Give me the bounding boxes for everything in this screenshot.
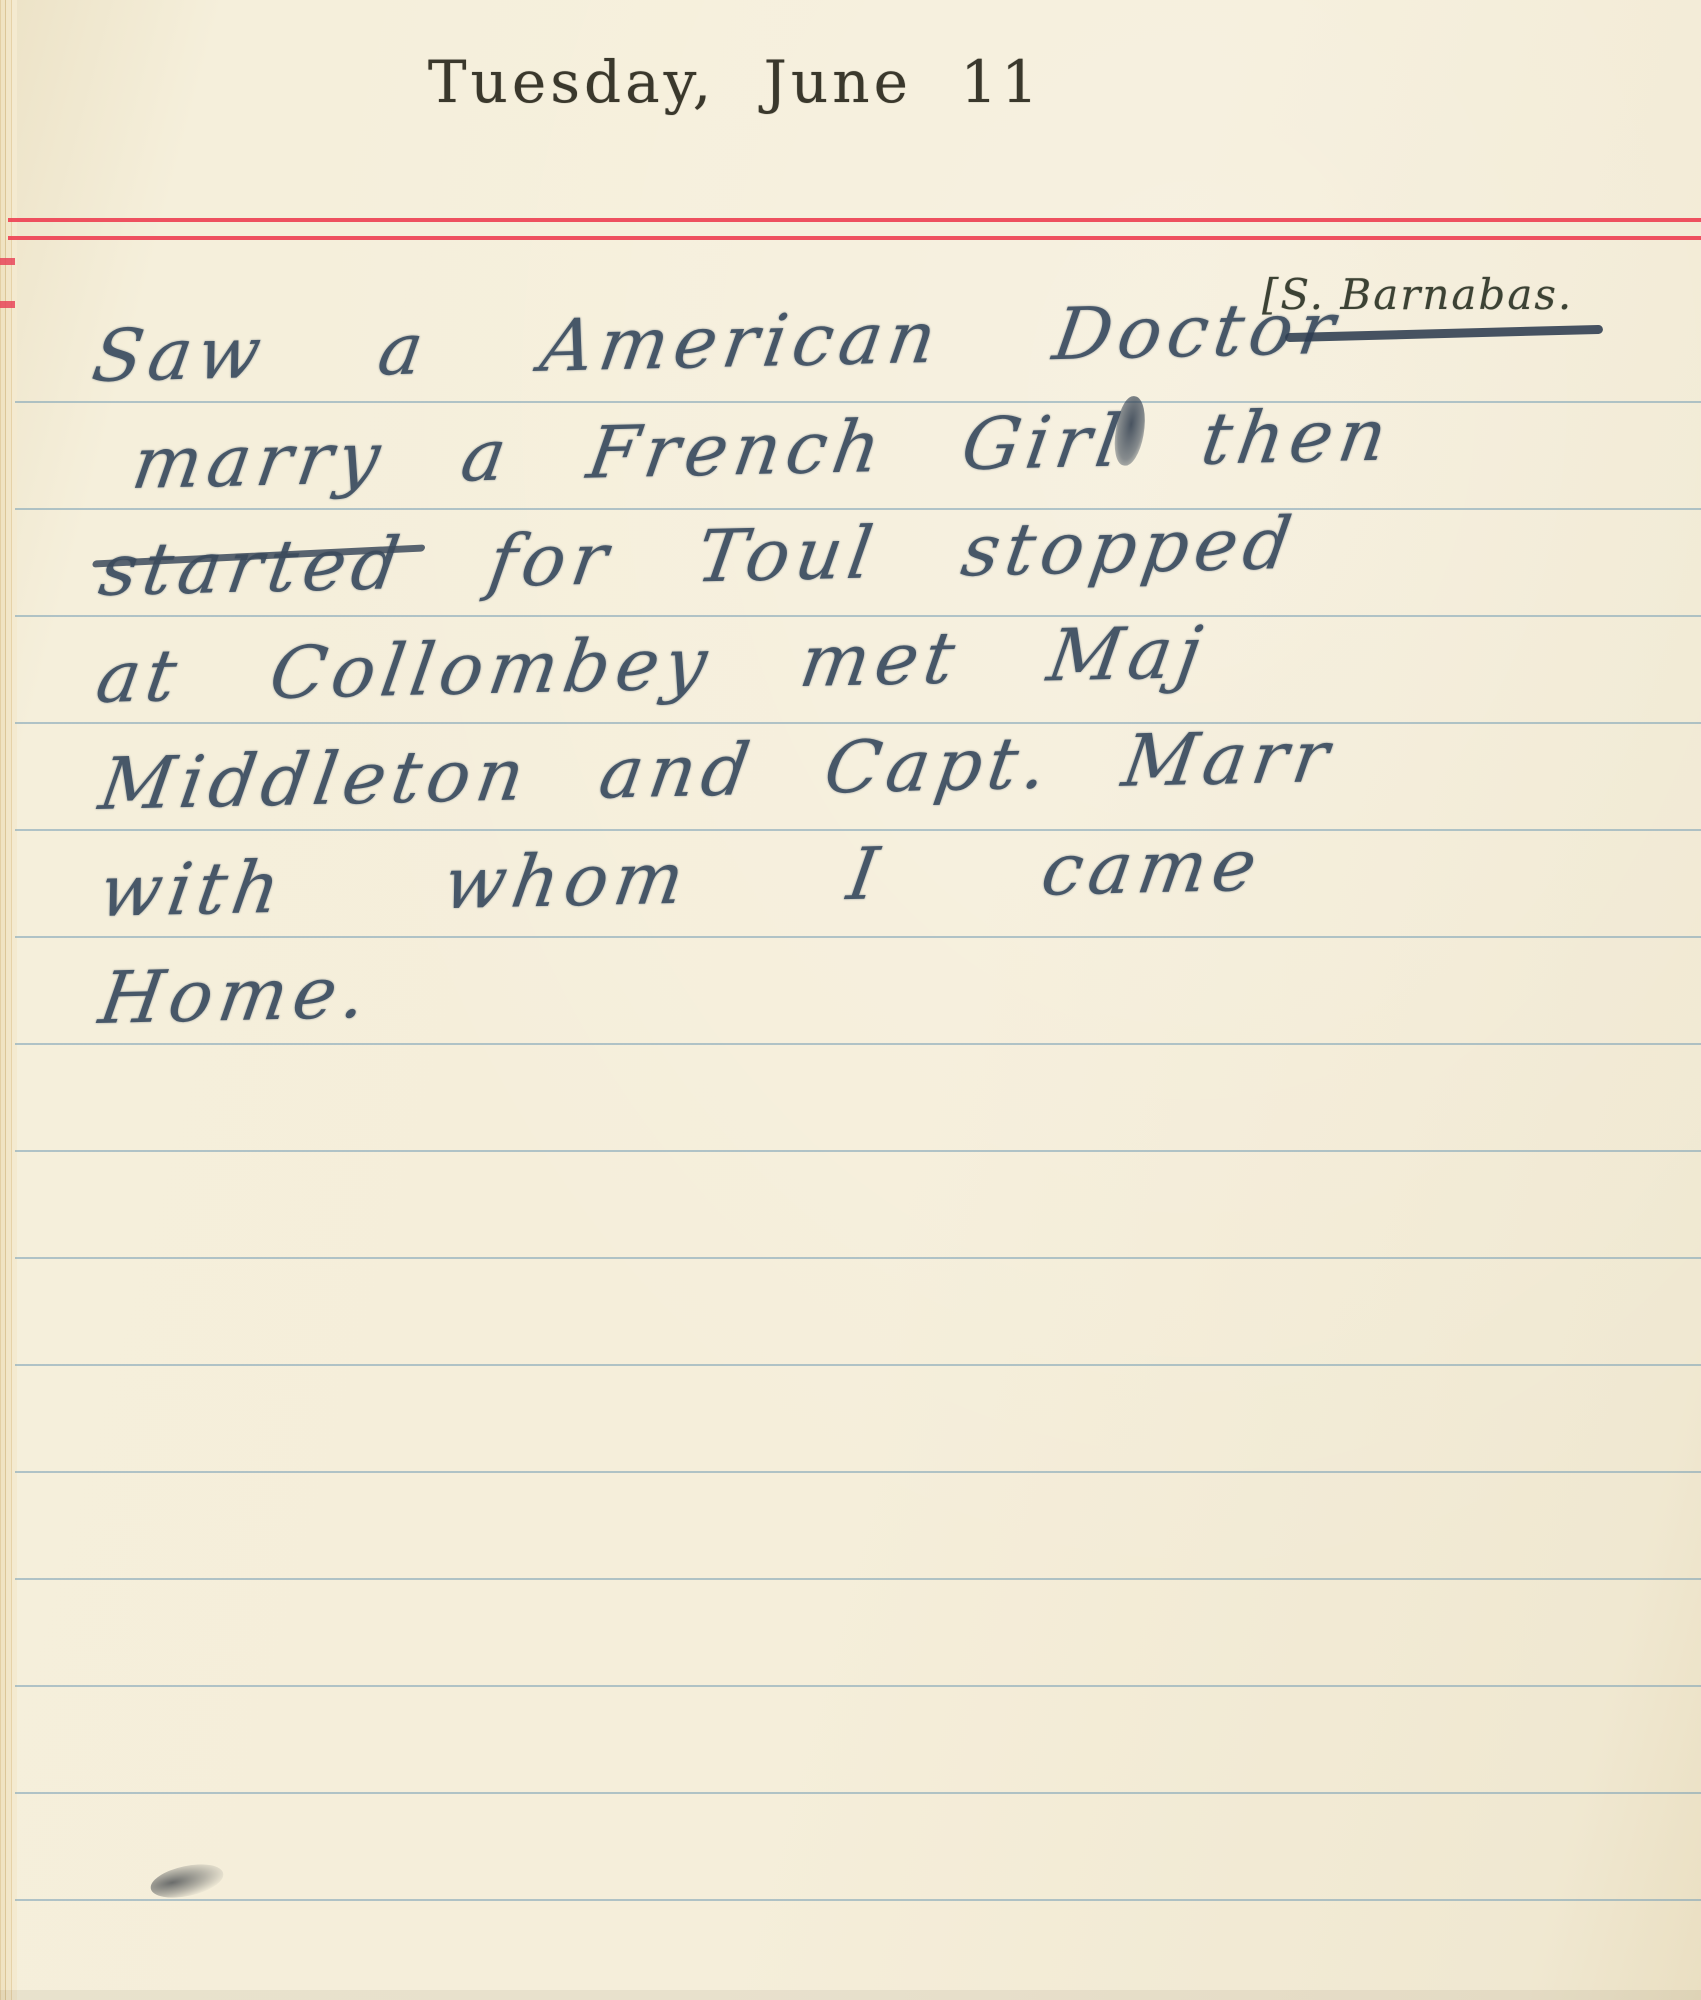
handwriting-line-4: at Collombey met Maj — [92, 616, 1212, 713]
handwriting-line-5: Middleton and Capt. Marr — [95, 720, 1339, 820]
handwriting-line-7: Home. — [95, 956, 377, 1034]
page-bottom-shade — [0, 1990, 1701, 2000]
edge-red-tick — [0, 301, 15, 308]
diary-page: Tuesday, June 11 [S. Barnabas. Saw a Ame… — [0, 0, 1701, 2000]
handwriting-line-3-rest: for Toul stopped — [483, 501, 1302, 603]
header-rule — [8, 218, 1701, 240]
struck-word: started — [95, 527, 410, 606]
page-edge-stack — [0, 0, 17, 2000]
page-title: Tuesday, June 11 — [0, 48, 1470, 116]
ink-smudge — [148, 1859, 227, 1904]
handwriting-line-2: marry a French Girl then — [128, 399, 1397, 499]
edge-red-tick — [0, 258, 15, 265]
handwriting-line-6: with whom I came — [95, 829, 1267, 927]
handwriting-line-3: started for Toul stopped — [95, 507, 1302, 606]
handwriting-line-1: Saw a American Doctor — [88, 292, 1345, 392]
